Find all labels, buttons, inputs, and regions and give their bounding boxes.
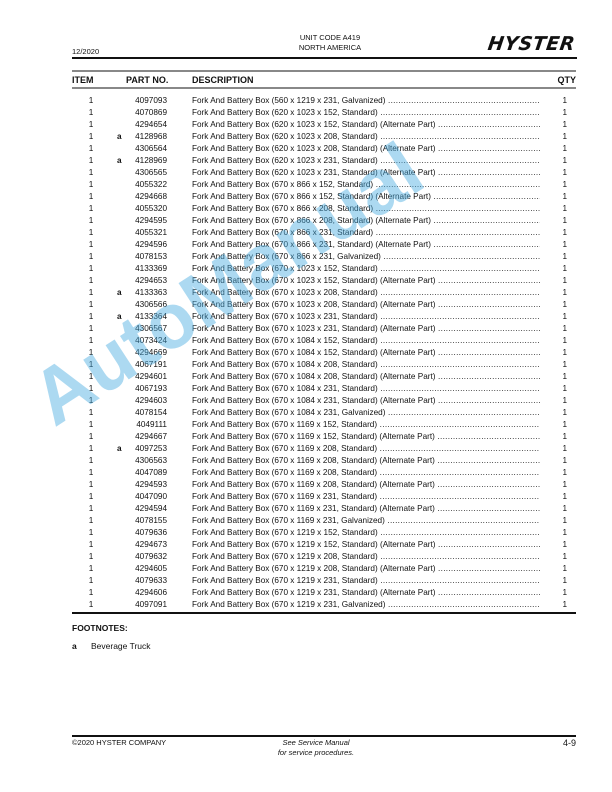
quantity: 1 [557, 383, 567, 395]
table-row: 14078153Fork And Battery Box (670 x 866 … [0, 251, 612, 263]
item-number: 1 [86, 275, 96, 287]
quantity: 1 [557, 287, 567, 299]
part-number: 4294593 [127, 479, 167, 491]
description: Fork And Battery Box (670 x 1219 x 208, … [192, 551, 540, 563]
footnote-marker: a [117, 443, 122, 455]
footnote-marker: a [117, 287, 122, 299]
description: Fork And Battery Box (670 x 1023 x 231, … [192, 323, 540, 335]
table-row: 14079636Fork And Battery Box (670 x 1219… [0, 527, 612, 539]
column-header-item: ITEM [72, 75, 94, 85]
description: Fork And Battery Box (670 x 1219 x 208, … [192, 563, 540, 575]
item-number: 1 [86, 419, 96, 431]
description: Fork And Battery Box (670 x 1169 x 152, … [192, 431, 540, 443]
description: Fork And Battery Box (670 x 866 x 231, G… [192, 251, 540, 263]
quantity: 1 [557, 539, 567, 551]
part-number: 4078153 [127, 251, 167, 263]
quantity: 1 [557, 479, 567, 491]
service-manual-note: See Service Manual for service procedure… [236, 738, 396, 758]
item-number: 1 [86, 107, 96, 119]
quantity: 1 [557, 503, 567, 515]
part-number: 4306566 [127, 299, 167, 311]
table-row: 14055321Fork And Battery Box (670 x 866 … [0, 227, 612, 239]
part-number: 4067193 [127, 383, 167, 395]
quantity: 1 [557, 275, 567, 287]
quantity: 1 [557, 515, 567, 527]
quantity: 1 [557, 335, 567, 347]
description: Fork And Battery Box (670 x 1084 x 208, … [192, 359, 540, 371]
table-row: 14294606Fork And Battery Box (670 x 1219… [0, 587, 612, 599]
part-number: 4055322 [127, 179, 167, 191]
table-row: 14079633Fork And Battery Box (670 x 1219… [0, 575, 612, 587]
header-unit-info: UNIT CODE A419 NORTH AMERICA [250, 33, 410, 53]
quantity: 1 [557, 323, 567, 335]
table-row: 14306565Fork And Battery Box (620 x 1023… [0, 167, 612, 179]
item-number: 1 [86, 287, 96, 299]
service-note-line-2: for service procedures. [236, 748, 396, 758]
item-number: 1 [86, 299, 96, 311]
footnote-text: Beverage Truck [91, 641, 151, 651]
table-row: 14294669Fork And Battery Box (670 x 1084… [0, 347, 612, 359]
quantity: 1 [557, 455, 567, 467]
table-header-rule-bottom [72, 87, 576, 89]
quantity: 1 [557, 575, 567, 587]
table-row: 14070869Fork And Battery Box (620 x 1023… [0, 107, 612, 119]
table-row: 1a4128969Fork And Battery Box (620 x 102… [0, 155, 612, 167]
quantity: 1 [557, 107, 567, 119]
quantity: 1 [557, 371, 567, 383]
quantity: 1 [557, 407, 567, 419]
item-number: 1 [86, 143, 96, 155]
quantity: 1 [557, 263, 567, 275]
table-row: 14294667Fork And Battery Box (670 x 1169… [0, 431, 612, 443]
description: Fork And Battery Box (620 x 1023 x 208, … [192, 143, 540, 155]
quantity: 1 [557, 95, 567, 107]
part-number: 4294669 [127, 347, 167, 359]
table-row: 14294603Fork And Battery Box (670 x 1084… [0, 395, 612, 407]
table-row: 1a4128968Fork And Battery Box (620 x 102… [0, 131, 612, 143]
part-number: 4294667 [127, 431, 167, 443]
page-number: 4-9 [563, 738, 576, 748]
item-number: 1 [86, 383, 96, 395]
part-number: 4133364 [127, 311, 167, 323]
description: Fork And Battery Box (670 x 1169 x 208, … [192, 479, 540, 491]
description: Fork And Battery Box (670 x 1169 x 208, … [192, 455, 540, 467]
quantity: 1 [557, 311, 567, 323]
quantity: 1 [557, 167, 567, 179]
part-number: 4049111 [127, 419, 167, 431]
table-row: 14097093Fork And Battery Box (560 x 1219… [0, 95, 612, 107]
quantity: 1 [557, 215, 567, 227]
footnote-marker: a [117, 131, 122, 143]
quantity: 1 [557, 587, 567, 599]
quantity: 1 [557, 443, 567, 455]
table-row: 14073424Fork And Battery Box (670 x 1084… [0, 335, 612, 347]
table-row: 14294594Fork And Battery Box (670 x 1169… [0, 503, 612, 515]
table-end-rule [72, 612, 576, 614]
table-row: 14294595Fork And Battery Box (670 x 866 … [0, 215, 612, 227]
part-number: 4306567 [127, 323, 167, 335]
part-number: 4097253 [127, 443, 167, 455]
table-row: 1a4133364Fork And Battery Box (670 x 102… [0, 311, 612, 323]
part-number: 4078154 [127, 407, 167, 419]
item-number: 1 [86, 359, 96, 371]
item-number: 1 [86, 479, 96, 491]
description: Fork And Battery Box (670 x 1169 x 208, … [192, 443, 540, 455]
description: Fork And Battery Box (620 x 1023 x 208, … [192, 131, 540, 143]
description: Fork And Battery Box (670 x 1084 x 208, … [192, 371, 540, 383]
part-number: 4294654 [127, 119, 167, 131]
part-number: 4128969 [127, 155, 167, 167]
item-number: 1 [86, 311, 96, 323]
table-row: 14294654Fork And Battery Box (620 x 1023… [0, 119, 612, 131]
description: Fork And Battery Box (670 x 866 x 231, S… [192, 227, 540, 239]
table-row: 14079632Fork And Battery Box (670 x 1219… [0, 551, 612, 563]
part-number: 4133363 [127, 287, 167, 299]
quantity: 1 [557, 359, 567, 371]
footnote-marker: a [117, 311, 122, 323]
part-number: 4294668 [127, 191, 167, 203]
description: Fork And Battery Box (670 x 1023 x 152, … [192, 263, 540, 275]
quantity: 1 [557, 467, 567, 479]
item-number: 1 [86, 515, 96, 527]
item-number: 1 [86, 251, 96, 263]
item-number: 1 [86, 371, 96, 383]
item-number: 1 [86, 503, 96, 515]
table-row: 14049111Fork And Battery Box (670 x 1169… [0, 419, 612, 431]
item-number: 1 [86, 395, 96, 407]
item-number: 1 [86, 347, 96, 359]
item-number: 1 [86, 179, 96, 191]
description: Fork And Battery Box (670 x 1219 x 231, … [192, 575, 540, 587]
description: Fork And Battery Box (670 x 1169 x 231, … [192, 503, 540, 515]
quantity: 1 [557, 143, 567, 155]
part-number: 4306564 [127, 143, 167, 155]
table-row: 14067191Fork And Battery Box (670 x 1084… [0, 359, 612, 371]
item-number: 1 [86, 491, 96, 503]
item-number: 1 [86, 131, 96, 143]
quantity: 1 [557, 419, 567, 431]
description: Fork And Battery Box (670 x 866 x 208, S… [192, 203, 540, 215]
item-number: 1 [86, 263, 96, 275]
quantity: 1 [557, 527, 567, 539]
description: Fork And Battery Box (670 x 1219 x 152, … [192, 539, 540, 551]
table-row: 14306567Fork And Battery Box (670 x 1023… [0, 323, 612, 335]
item-number: 1 [86, 527, 96, 539]
part-number: 4294653 [127, 275, 167, 287]
description: Fork And Battery Box (670 x 866 x 152, S… [192, 191, 540, 203]
item-number: 1 [86, 455, 96, 467]
item-number: 1 [86, 239, 96, 251]
quantity: 1 [557, 551, 567, 563]
description: Fork And Battery Box (560 x 1219 x 231, … [192, 95, 540, 107]
header-rule [72, 57, 577, 59]
item-number: 1 [86, 119, 96, 131]
table-body: 14097093Fork And Battery Box (560 x 1219… [0, 95, 612, 611]
description: Fork And Battery Box (620 x 1023 x 231, … [192, 167, 540, 179]
part-number: 4294601 [127, 371, 167, 383]
item-number: 1 [86, 167, 96, 179]
header-date: 12/2020 [72, 47, 99, 56]
item-number: 1 [86, 539, 96, 551]
part-number: 4294673 [127, 539, 167, 551]
table-row: 14294593Fork And Battery Box (670 x 1169… [0, 479, 612, 491]
part-number: 4047090 [127, 491, 167, 503]
item-number: 1 [86, 155, 96, 167]
table-row: 14294601Fork And Battery Box (670 x 1084… [0, 371, 612, 383]
item-number: 1 [86, 95, 96, 107]
part-number: 4294594 [127, 503, 167, 515]
table-row: 14055320Fork And Battery Box (670 x 866 … [0, 203, 612, 215]
quantity: 1 [557, 347, 567, 359]
description: Fork And Battery Box (670 x 1084 x 231, … [192, 383, 540, 395]
table-row: 14078154Fork And Battery Box (670 x 1084… [0, 407, 612, 419]
description: Fork And Battery Box (670 x 1219 x 231, … [192, 587, 540, 599]
description: Fork And Battery Box (670 x 1169 x 152, … [192, 419, 540, 431]
quantity: 1 [557, 131, 567, 143]
part-number: 4294596 [127, 239, 167, 251]
part-number: 4097091 [127, 599, 167, 611]
table-row: 14067193Fork And Battery Box (670 x 1084… [0, 383, 612, 395]
part-number: 4294603 [127, 395, 167, 407]
item-number: 1 [86, 431, 96, 443]
quantity: 1 [557, 563, 567, 575]
copyright: ©2020 HYSTER COMPANY [72, 738, 166, 747]
description: Fork And Battery Box (670 x 1023 x 208, … [192, 299, 540, 311]
item-number: 1 [86, 551, 96, 563]
part-number: 4070869 [127, 107, 167, 119]
description: Fork And Battery Box (670 x 1219 x 152, … [192, 527, 540, 539]
part-number: 4055321 [127, 227, 167, 239]
hyster-logo: HYSTER [487, 33, 577, 55]
item-number: 1 [86, 191, 96, 203]
part-number: 4128968 [127, 131, 167, 143]
quantity: 1 [557, 299, 567, 311]
item-number: 1 [86, 443, 96, 455]
description: Fork And Battery Box (670 x 1084 x 152, … [192, 335, 540, 347]
footnotes-title: FOOTNOTES: [72, 623, 128, 633]
quantity: 1 [557, 203, 567, 215]
description: Fork And Battery Box (620 x 1023 x 152, … [192, 119, 540, 131]
quantity: 1 [557, 227, 567, 239]
footnote-key: a [72, 641, 77, 651]
table-row: 14055322Fork And Battery Box (670 x 866 … [0, 179, 612, 191]
part-number: 4079633 [127, 575, 167, 587]
description: Fork And Battery Box (620 x 1023 x 231, … [192, 155, 540, 167]
quantity: 1 [557, 119, 567, 131]
description: Fork And Battery Box (670 x 1169 x 208, … [192, 467, 540, 479]
part-number: 4055320 [127, 203, 167, 215]
quantity: 1 [557, 395, 567, 407]
footnote-marker: a [117, 155, 122, 167]
column-header-description: DESCRIPTION [192, 75, 254, 85]
item-number: 1 [86, 467, 96, 479]
part-number: 4079636 [127, 527, 167, 539]
part-number: 4294595 [127, 215, 167, 227]
column-header-part-no: PART NO. [126, 75, 168, 85]
table-row: 14047090Fork And Battery Box (670 x 1169… [0, 491, 612, 503]
quantity: 1 [557, 179, 567, 191]
part-number: 4078155 [127, 515, 167, 527]
description: Fork And Battery Box (670 x 866 x 231, S… [192, 239, 540, 251]
table-row: 14294605Fork And Battery Box (670 x 1219… [0, 563, 612, 575]
table-row: 14306566Fork And Battery Box (670 x 1023… [0, 299, 612, 311]
quantity: 1 [557, 599, 567, 611]
table-row: 14294596Fork And Battery Box (670 x 866 … [0, 239, 612, 251]
item-number: 1 [86, 227, 96, 239]
item-number: 1 [86, 563, 96, 575]
description: Fork And Battery Box (670 x 866 x 208, S… [192, 215, 540, 227]
table-row: 14097091Fork And Battery Box (670 x 1219… [0, 599, 612, 611]
table-row: 1a4133363Fork And Battery Box (670 x 102… [0, 287, 612, 299]
part-number: 4079632 [127, 551, 167, 563]
table-row: 14294668Fork And Battery Box (670 x 866 … [0, 191, 612, 203]
quantity: 1 [557, 239, 567, 251]
part-number: 4306565 [127, 167, 167, 179]
item-number: 1 [86, 407, 96, 419]
table-header-rule-top [72, 70, 576, 72]
description: Fork And Battery Box (670 x 1023 x 231, … [192, 311, 540, 323]
part-number: 4097093 [127, 95, 167, 107]
table-row: 14133369Fork And Battery Box (670 x 1023… [0, 263, 612, 275]
item-number: 1 [86, 575, 96, 587]
description: Fork And Battery Box (670 x 1084 x 231, … [192, 407, 540, 419]
service-note-line-1: See Service Manual [236, 738, 396, 748]
table-row: 1a4097253Fork And Battery Box (670 x 116… [0, 443, 612, 455]
quantity: 1 [557, 191, 567, 203]
description: Fork And Battery Box (670 x 866 x 152, S… [192, 179, 540, 191]
item-number: 1 [86, 323, 96, 335]
table-row: 14294653Fork And Battery Box (670 x 1023… [0, 275, 612, 287]
part-number: 4073424 [127, 335, 167, 347]
part-number: 4294605 [127, 563, 167, 575]
part-number: 4133369 [127, 263, 167, 275]
quantity: 1 [557, 431, 567, 443]
item-number: 1 [86, 215, 96, 227]
description: Fork And Battery Box (670 x 1084 x 231, … [192, 395, 540, 407]
table-row: 14078155Fork And Battery Box (670 x 1169… [0, 515, 612, 527]
table-row: 14294673Fork And Battery Box (670 x 1219… [0, 539, 612, 551]
part-number: 4047089 [127, 467, 167, 479]
description: Fork And Battery Box (670 x 1023 x 152, … [192, 275, 540, 287]
item-number: 1 [86, 335, 96, 347]
description: Fork And Battery Box (670 x 1084 x 152, … [192, 347, 540, 359]
part-number: 4067191 [127, 359, 167, 371]
description: Fork And Battery Box (670 x 1169 x 231, … [192, 491, 540, 503]
table-row: 14306564Fork And Battery Box (620 x 1023… [0, 143, 612, 155]
table-row: 14047089Fork And Battery Box (670 x 1169… [0, 467, 612, 479]
item-number: 1 [86, 599, 96, 611]
region: NORTH AMERICA [250, 43, 410, 53]
item-number: 1 [86, 587, 96, 599]
quantity: 1 [557, 251, 567, 263]
column-header-qty: QTY [557, 75, 576, 85]
unit-code: UNIT CODE A419 [250, 33, 410, 43]
footer-rule [72, 735, 576, 737]
quantity: 1 [557, 491, 567, 503]
part-number: 4294606 [127, 587, 167, 599]
description: Fork And Battery Box (670 x 1169 x 231, … [192, 515, 540, 527]
table-row: 14306563Fork And Battery Box (670 x 1169… [0, 455, 612, 467]
quantity: 1 [557, 155, 567, 167]
part-number: 4306563 [127, 455, 167, 467]
description: Fork And Battery Box (670 x 1023 x 208, … [192, 287, 540, 299]
description: Fork And Battery Box (620 x 1023 x 152, … [192, 107, 540, 119]
item-number: 1 [86, 203, 96, 215]
description: Fork And Battery Box (670 x 1219 x 231, … [192, 599, 540, 611]
